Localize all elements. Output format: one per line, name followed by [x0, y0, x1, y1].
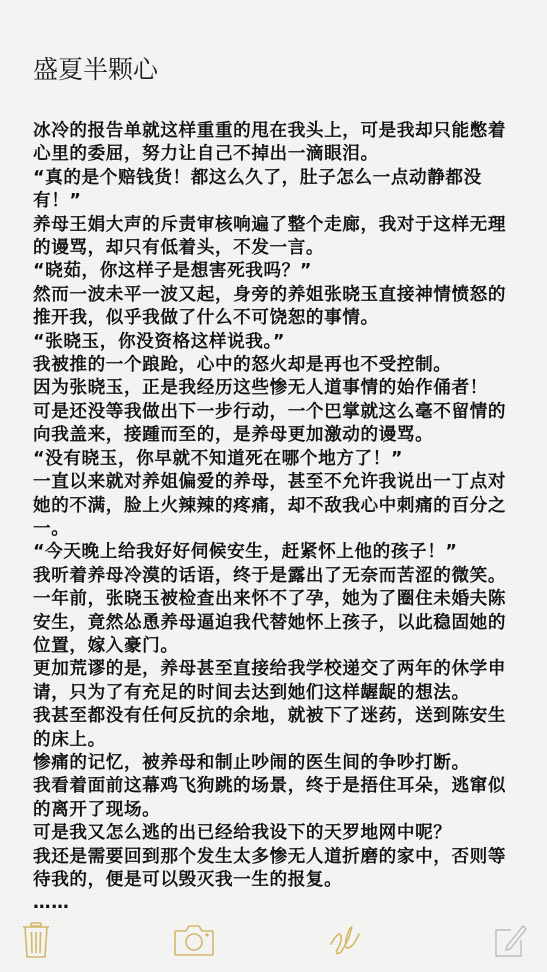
- paragraph: 养母王娟大声的斥责审核响遍了整个走廊，我对于这样无理的谩骂，却只有低着头，不发一…: [33, 214, 513, 261]
- paragraph: 一年前，张晓玉被检查出来怀不了孕，她为了圈住未婚夫陈安生，竟然怂恿养母逼迫我代替…: [33, 588, 513, 658]
- compose-button[interactable]: [488, 918, 532, 962]
- paragraph: 我还是需要回到那个发生太多惨无人道折磨的家中，否则等待我的，便是可以毁灭我一生的…: [33, 846, 513, 893]
- trash-icon: [21, 921, 51, 959]
- sketch-button[interactable]: [324, 918, 368, 962]
- paragraph: 可是我又怎么逃的出已经给我设下的天罗地网中呢？: [33, 822, 513, 845]
- paragraph: 我甚至都没有任何反抗的余地，就被下了迷药，送到陈安生的床上。: [33, 705, 513, 752]
- note-title: 盛夏半颗心: [33, 50, 158, 86]
- paragraph: 惨痛的记忆，被养母和制止吵闹的医生间的争吵打断。: [33, 752, 513, 775]
- paragraph: “今天晚上给我好好伺候安生，赶紧怀上他的孩子！”: [33, 541, 513, 564]
- paragraph: “没有晓玉，你早就不知道死在哪个地方了！”: [33, 448, 513, 471]
- delete-button[interactable]: [14, 918, 58, 962]
- paragraph: 我听着养母冷漠的话语，终于是露出了无奈而苦涩的微笑。: [33, 565, 513, 588]
- paragraph: “张晓玉，你没资格这样说我。”: [33, 331, 513, 354]
- note-body[interactable]: 冰冷的报告单就这样重重的甩在我头上，可是我却只能憋着心里的委屈，努力让自己不掉出…: [33, 120, 513, 916]
- paragraph: 冰冷的报告单就这样重重的甩在我头上，可是我却只能憋着心里的委屈，努力让自己不掉出…: [33, 120, 513, 167]
- paragraph: 因为张晓玉，正是我经历这些惨无人道事情的始作俑者！: [33, 377, 513, 400]
- paragraph: 我看着面前这幕鸡飞狗跳的场景，终于是捂住耳朵，逃窜似的离开了现场。: [33, 775, 513, 822]
- paragraph: 更加荒谬的是，养母甚至直接给我学校递交了两年的休学申请，只为了有充足的时间去达到…: [33, 658, 513, 705]
- paragraph: 我被推的一个踉跄，心中的怒火却是再也不受控制。: [33, 354, 513, 377]
- paragraph: “晓茹，你这样子是想害死我吗？”: [33, 260, 513, 283]
- camera-button[interactable]: [172, 918, 216, 962]
- paragraph: 可是还没等我做出下一步行动，一个巴掌就这么毫不留情的向我盖来，接踵而至的，是养母…: [33, 401, 513, 448]
- sketch-icon: [329, 922, 363, 958]
- bottom-toolbar: [0, 910, 547, 972]
- paragraph: 然而一波未平一波又起，身旁的养姐张晓玉直接神情愤怒的推开我，似乎我做了什么不可饶…: [33, 284, 513, 331]
- paragraph: 一直以来就对养姐偏爱的养母，甚至不允许我说出一丁点对她的不满，脸上火辣辣的疼痛，…: [33, 471, 513, 541]
- compose-icon: [493, 922, 527, 958]
- paragraph: “真的是个赔钱货！都这么久了，肚子怎么一点动静都没有！”: [33, 167, 513, 214]
- camera-icon: [173, 923, 215, 957]
